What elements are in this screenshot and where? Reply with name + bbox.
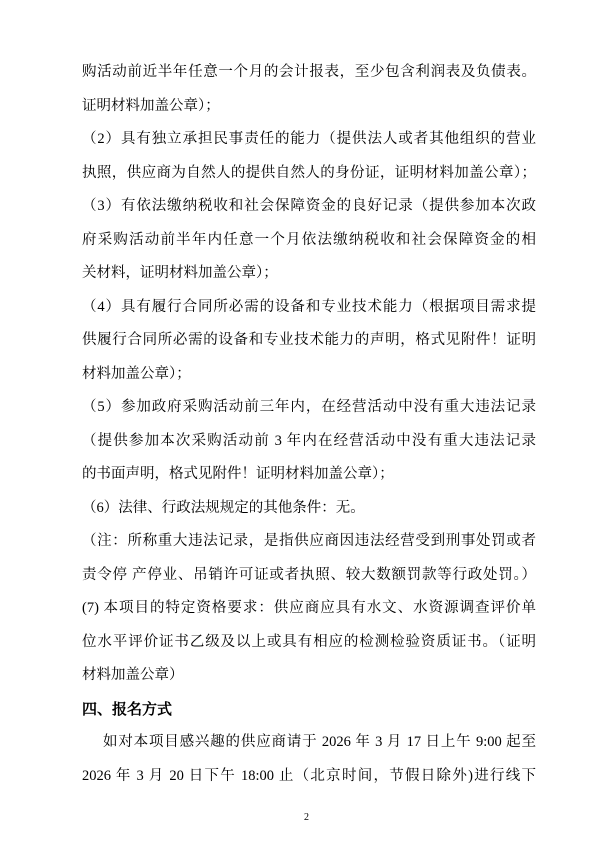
text-line: 2026 年 3 月 20 日下午 18:00 止（北京时间，节假日除外)进行线… xyxy=(82,760,536,794)
text-line: 材料加盖公章）； xyxy=(82,358,536,392)
section-heading: 四、报名方式 xyxy=(82,693,536,727)
text-line: （提供参加本次采购活动前 3 年内在经营活动中没有重大违法记录 xyxy=(82,425,536,459)
text-line: （注：所称重大违法记录，是指供应商因违法经营受到刑事处罚或者 xyxy=(82,525,536,559)
text-line: （2）具有独立承担民事责任的能力（提供法人或者其他组织的营业 xyxy=(82,123,536,157)
text-line: 证明材料加盖公章）； xyxy=(82,90,536,124)
text-line: 如对本项目感兴趣的供应商请于 2026 年 3 月 17 日上午 9:00 起至 xyxy=(82,726,536,760)
document-page: 购活动前近半年任意一个月的会计报表，至少包含利润表及负债表。证明材料加盖公章）；… xyxy=(0,0,613,849)
text-line: （5）参加政府采购活动前三年内，在经营活动中没有重大违法记录 xyxy=(82,391,536,425)
text-line: 关材料，证明材料加盖公章）； xyxy=(82,257,536,291)
text-line: 执照，供应商为自然人的提供自然人的身份证，证明材料加盖公章）； xyxy=(82,157,536,191)
text-line: (7) 本项目的特定资格要求：供应商应具有水文、水资源调查评价单 xyxy=(82,592,536,626)
text-line: 位水平评价证书乙级及以上或具有相应的检测检验资质证书。（证明 xyxy=(82,626,536,660)
text-line: （4）具有履行合同所必需的设备和专业技术能力（根据项目需求提 xyxy=(82,291,536,325)
document-body: 购活动前近半年任意一个月的会计报表，至少包含利润表及负债表。证明材料加盖公章）；… xyxy=(82,56,536,793)
text-line: 责令停 产停业、吊销许可证或者执照、较大数额罚款等行政处罚。） xyxy=(82,559,536,593)
text-line: 府采购活动前半年内任意一个月依法缴纳税收和社会保障资金的相 xyxy=(82,224,536,258)
text-line: 供履行合同所必需的设备和专业技术能力的声明，格式见附件！证明 xyxy=(82,324,536,358)
text-line: 的书面声明，格式见附件！证明材料加盖公章）； xyxy=(82,458,536,492)
text-line: 材料加盖公章） xyxy=(82,659,536,693)
text-line: （3）有依法缴纳税收和社会保障资金的良好记录（提供参加本次政 xyxy=(82,190,536,224)
text-line: （6）法律、行政法规规定的其他条件：无。 xyxy=(82,492,536,526)
text-line: 购活动前近半年任意一个月的会计报表，至少包含利润表及负债表。 xyxy=(82,56,536,90)
page-number: 2 xyxy=(0,812,613,823)
